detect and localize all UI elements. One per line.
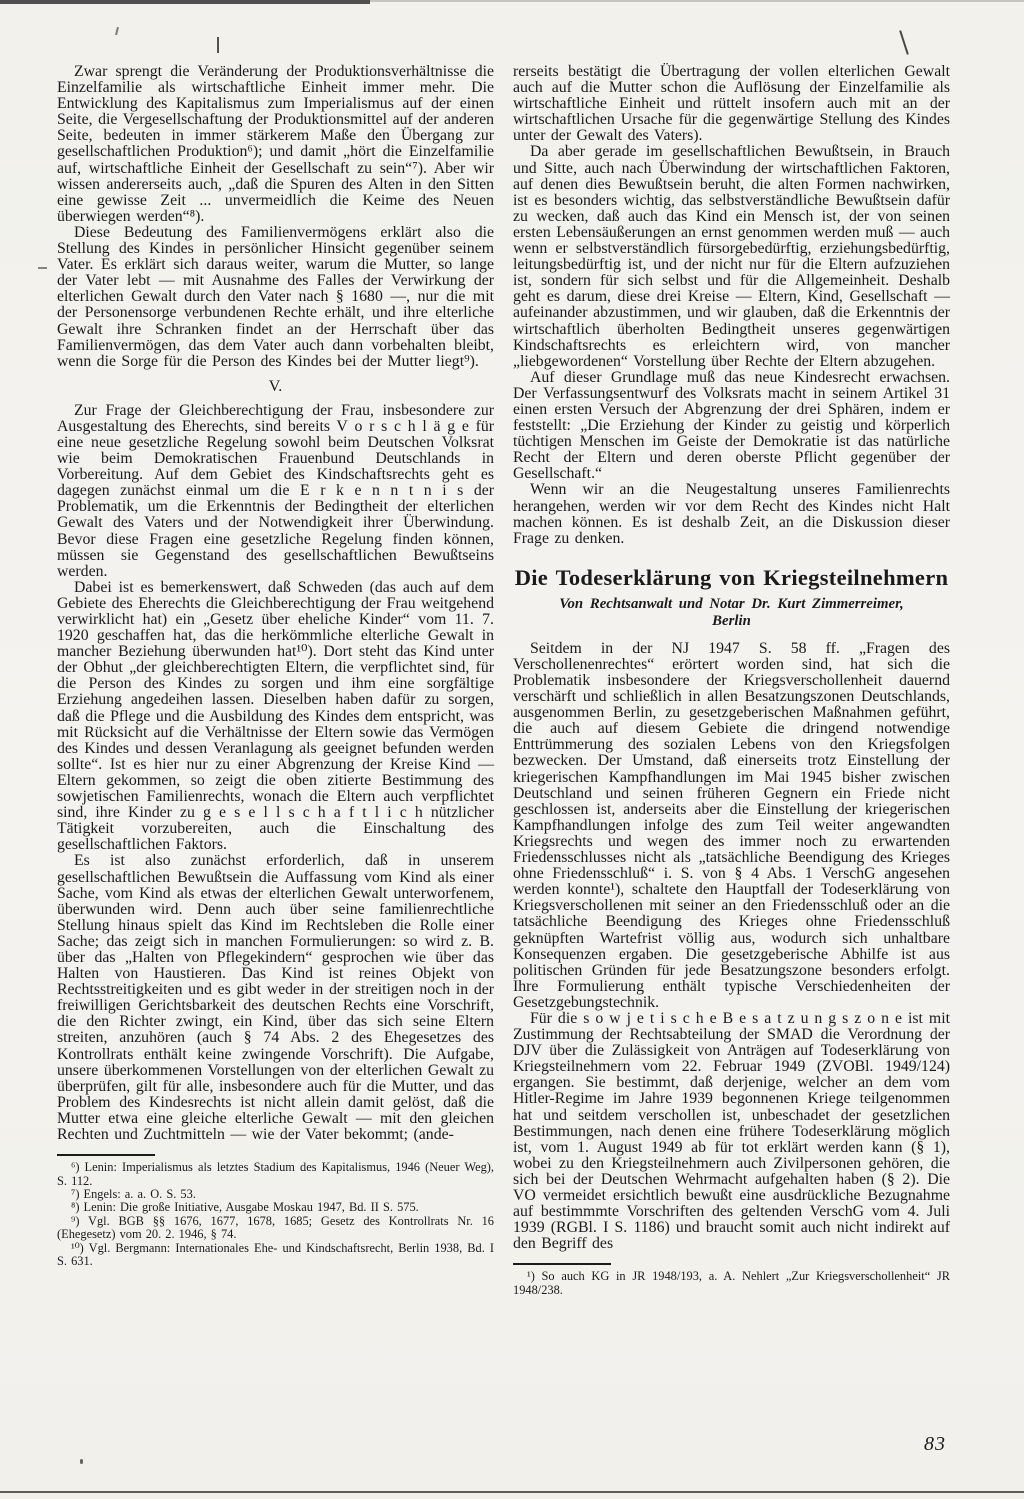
scan-artifact-speck	[115, 27, 119, 35]
article-title: Die Todeserklärung von Kriegsteilnehmern	[513, 565, 950, 591]
body-paragraph: Zur Frage der Gleichberechtigung der Fra…	[57, 403, 494, 580]
article-byline-author: Von Rechtsanwalt und Notar Dr. Kurt Zimm…	[513, 596, 950, 614]
body-paragraph: Dabei ist es bemerkenswert, daß Schweden…	[57, 580, 494, 854]
article-header: Die Todeserklärung von Kriegsteilnehmern…	[513, 565, 950, 631]
footnote: ¹) So auch KG in JR 1948/193, a. A. Nehl…	[513, 1270, 950, 1297]
scan-artifact-top-edge-faint	[370, 0, 1024, 2]
article-paragraph: Seitdem in der NJ 1947 S. 58 ff. „Fragen…	[513, 641, 950, 1011]
body-paragraph: Wenn wir an die Neugestaltung unseres Fa…	[513, 482, 950, 546]
left-column: Zwar sprengt die Veränderung der Produkt…	[57, 64, 494, 1464]
body-paragraph: Diese Bedeutung des Familienvermögens er…	[57, 225, 494, 370]
body-paragraph: Da aber gerade im gesellschaftlichen Bew…	[513, 144, 950, 369]
scan-artifact-top-edge	[0, 0, 370, 4]
footnote-divider	[57, 1154, 155, 1156]
section-heading-v: V.	[57, 378, 494, 396]
footnote: ⁹) Vgl. BGB §§ 1676, 1677, 1678, 1685; G…	[57, 1215, 494, 1242]
footnote: ¹⁰) Vgl. Bergmann: Internationales Ehe- …	[57, 1242, 494, 1269]
scan-artifact-tick	[217, 37, 219, 53]
footnote: ⁷) Engels: a. a. O. S. 53.	[57, 1188, 494, 1201]
footnote: ⁶) Lenin: Imperialismus als letztes Stad…	[57, 1161, 494, 1188]
scan-artifact-margin-dash	[38, 267, 47, 269]
article-byline-city: Berlin	[513, 613, 950, 631]
right-column: rerseits bestätigt die Übertragung der v…	[513, 64, 950, 1464]
footnote-block: ¹) So auch KG in JR 1948/193, a. A. Nehl…	[513, 1263, 950, 1297]
body-paragraph: Es ist also zunächst erforderlich, daß i…	[57, 853, 494, 1143]
footnote: ⁸) Lenin: Die große Initiative, Ausgabe …	[57, 1201, 494, 1214]
body-paragraph: Zwar sprengt die Veränderung der Produkt…	[57, 64, 494, 225]
journal-page: Zwar sprengt die Veränderung der Produkt…	[0, 0, 1024, 1499]
article-paragraph: Für die s o w j e t i s c h e B e s a t …	[513, 1011, 950, 1252]
footnote-block: ⁶) Lenin: Imperialismus als letztes Stad…	[57, 1154, 494, 1268]
footnote-divider	[513, 1263, 611, 1265]
body-paragraph-continuation: rerseits bestätigt die Übertragung der v…	[513, 64, 950, 144]
scan-artifact-bottom-edge	[0, 1491, 1024, 1493]
page-number: 83	[924, 1433, 946, 1456]
body-paragraph: Auf dieser Grundlage muß das neue Kindes…	[513, 370, 950, 483]
scan-artifact-stroke	[899, 30, 909, 54]
